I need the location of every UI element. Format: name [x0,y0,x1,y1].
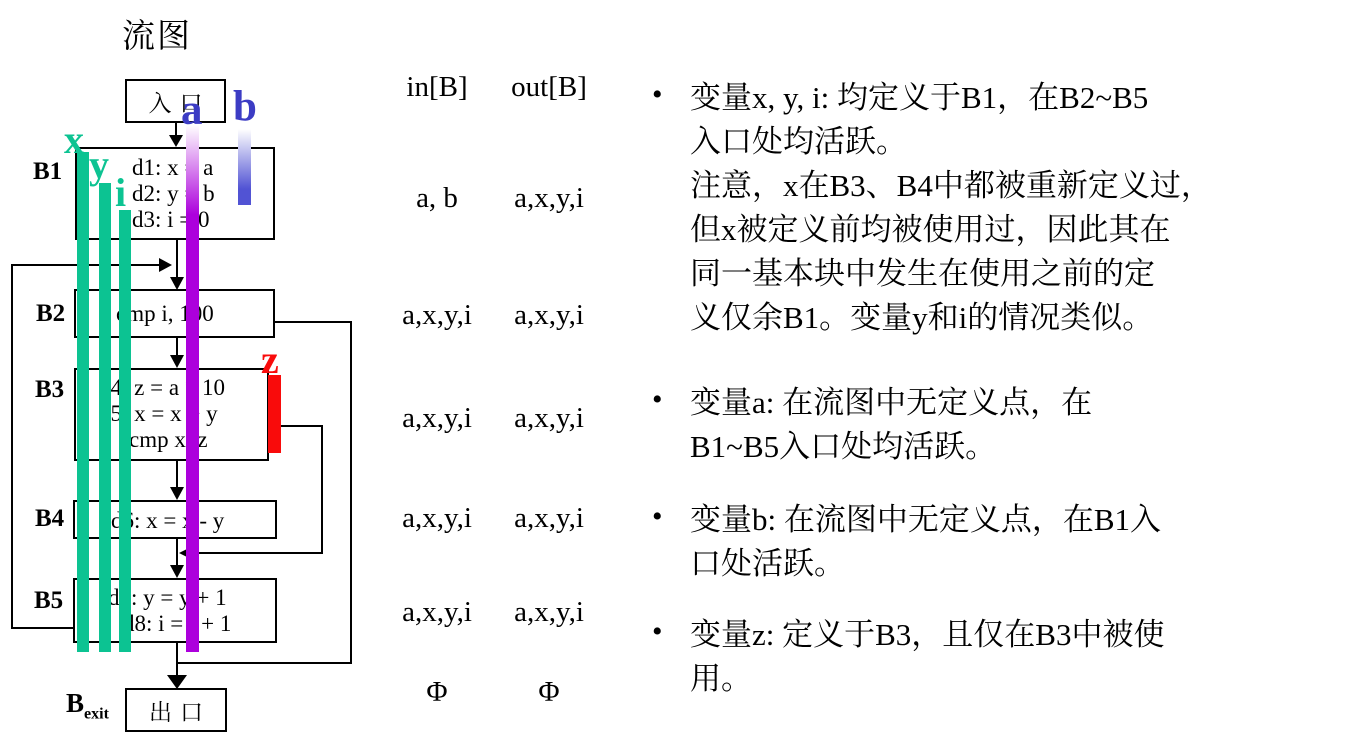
arrowhead-b5-b2 [159,258,172,272]
code-line: d1: x = a [132,155,273,181]
note-line: 但x被定义前均被使用过，因此其在 [690,208,1345,252]
block-name-b2: B2 [36,300,65,328]
block-name-b5: B5 [34,587,63,615]
in-value-b1: a, b [382,182,492,215]
code-line: d3: i = 0 [132,207,273,233]
flow-node-entry: 入口 [125,79,226,123]
out-value-b4: a,x,y,i [493,502,605,535]
note-line: B1~B5入口处均活跃。 [690,425,1345,469]
note-line: 用。 [690,657,1345,701]
in-value-bexit: Φ [382,676,492,709]
b2-code: cmp i, 100 [76,291,273,327]
note-line: 义仅余B1。变量y和i的情况类似。 [690,296,1345,340]
flow-node-exit: 出口 [125,688,227,732]
bullet-icon: • [652,78,663,112]
in-value-b4: a,x,y,i [382,502,492,535]
b4-code: d6: x = x - y [75,502,275,534]
out-column-header: out[B] [493,71,605,104]
b1-code: d1: x = a d2: y = b d3: i = 0 [77,149,273,233]
note-vars-xyi: • 变量x, y, i: 均定义于B1，在B2~B5 入口处均活跃。 注意，x在… [650,76,1345,340]
note-line: 变量x, y, i: 均定义于B1，在B2~B5 [690,76,1345,120]
live-range-bar-z [268,375,281,453]
arrowhead-b3-b5 [179,546,193,560]
flow-node-b2: cmp i, 100 [74,289,275,338]
entry-label: 入口 [127,81,224,121]
arrowhead-b2-b3 [170,355,184,368]
block-name-b4: B4 [35,505,64,533]
note-text: 变量x, y, i: 均定义于B1，在B2~B5 入口处均活跃。 注意，x在B3… [690,76,1345,340]
arrowhead-to-exit [167,675,187,689]
arrowhead-b4-b5 [170,565,184,578]
block-name-b1: B1 [33,158,62,186]
code-line: d5: x = x + y [99,401,267,427]
note-line: 注意，x在B3、B4中都被重新定义过， [690,164,1345,208]
block-name-bexit: Bexit [66,688,109,723]
out-value-b3: a,x,y,i [493,402,605,435]
flow-node-b3: d4: z = a * 10 d5: x = x + y cmp x, z [74,368,269,461]
var-label-b: b [233,83,257,130]
code-line: cmp x, z [129,427,267,453]
note-text: 变量z: 定义于B3，且仅在B3中被使 用。 [690,613,1345,701]
note-text: 变量b: 在流图中无定义点，在B1入 口处活跃。 [690,498,1345,586]
b5-code: d7: y = y + 1 d8: i = i + 1 [75,580,275,637]
in-value-b3: a,x,y,i [382,402,492,435]
code-line: cmp i, 100 [116,301,273,327]
note-text: 变量a: 在流图中无定义点，在 B1~B5入口处均活跃。 [690,381,1345,469]
note-var-b: • 变量b: 在流图中无定义点，在B1入 口处活跃。 [650,498,1345,586]
flow-node-b4: d6: x = x - y [73,500,277,539]
note-var-z: • 变量z: 定义于B3，且仅在B3中被使 用。 [650,613,1345,701]
code-line: d7: y = y + 1 [108,585,275,611]
note-line: 变量b: 在流图中无定义点，在B1入 [690,498,1345,542]
flow-node-b5: d7: y = y + 1 d8: i = i + 1 [73,578,277,643]
b3-code: d4: z = a * 10 d5: x = x + y cmp x, z [76,370,267,453]
in-value-b5: a,x,y,i [382,596,492,629]
code-line: d6: x = x - y [111,508,275,534]
arrowhead-entry-b1 [169,135,183,147]
note-var-a: • 变量a: 在流图中无定义点，在 B1~B5入口处均活跃。 [650,381,1345,469]
bullet-icon: • [652,500,663,534]
out-value-b1: a,x,y,i [493,182,605,215]
arrowhead-b3-b4 [170,487,184,500]
in-value-b2: a,x,y,i [382,299,492,332]
out-value-b2: a,x,y,i [493,299,605,332]
bexit-sub: exit [84,705,109,722]
note-line: 口处活跃。 [690,542,1345,586]
bullet-icon: • [652,615,663,649]
page-title: 流图 [122,10,192,57]
bullet-icon: • [652,383,663,417]
flow-node-b1: d1: x = a d2: y = b d3: i = 0 [75,147,275,240]
note-line: 变量a: 在流图中无定义点，在 [690,381,1345,425]
block-name-b3: B3 [35,376,64,404]
note-line: 同一基本块中发生在使用之前的定 [690,252,1345,296]
out-value-bexit: Φ [493,676,605,709]
out-value-b5: a,x,y,i [493,596,605,629]
note-line: 变量z: 定义于B3，且仅在B3中被使 [690,613,1345,657]
code-line: d2: y = b [132,181,273,207]
bexit-base: B [66,688,84,718]
slide: 流图 入口 d1: x = a d2: y = b d3: i = 0 cmp … [0,0,1345,752]
note-line: 入口处均活跃。 [690,120,1345,164]
code-line: d8: i = i + 1 [123,611,275,637]
code-line: d4: z = a * 10 [99,375,267,401]
exit-label: 出口 [127,690,225,730]
in-column-header: in[B] [382,71,492,104]
